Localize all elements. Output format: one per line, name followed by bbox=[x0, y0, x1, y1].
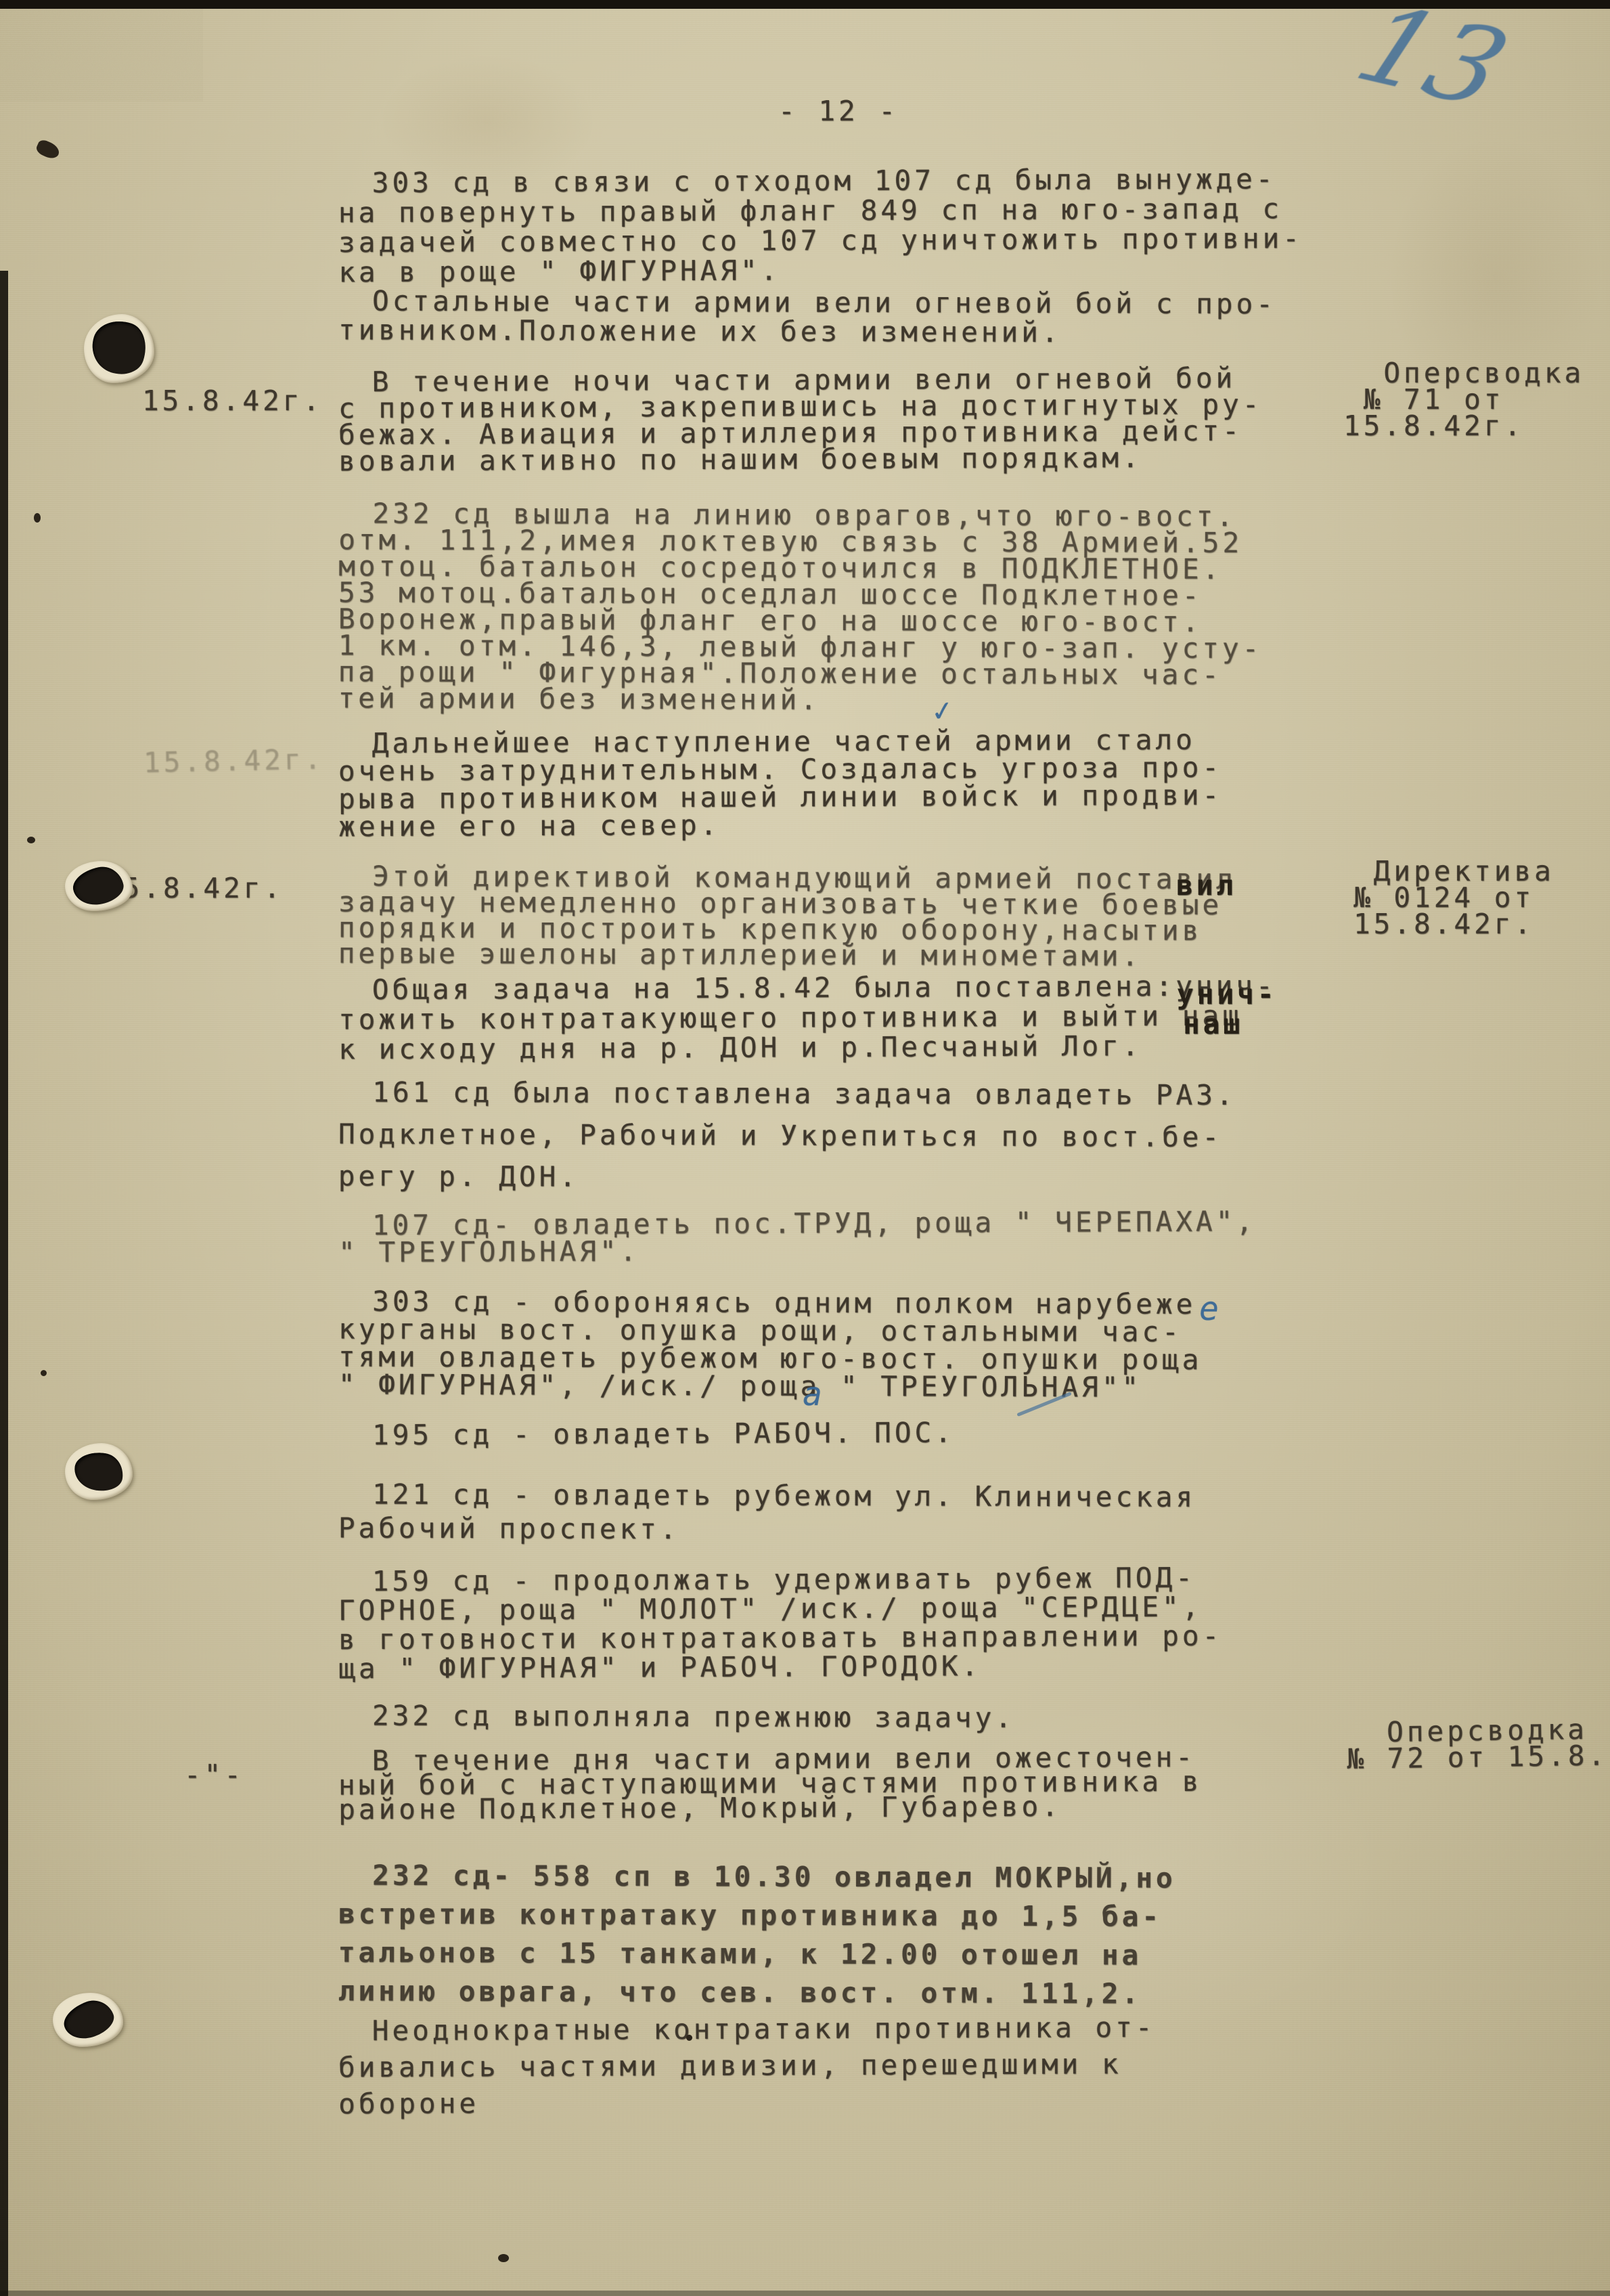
blue-inserted-letter-a: а bbox=[803, 1375, 822, 1413]
margin-reference-opersvodka-72: Оперсводка № 72 от 15.8. bbox=[1346, 1716, 1608, 1772]
paper-speck bbox=[35, 138, 62, 161]
overtyped-letters: вил bbox=[1176, 869, 1236, 902]
scan-edge-left bbox=[0, 271, 8, 2296]
overtyped-letters: наш bbox=[1183, 1008, 1243, 1040]
typed-paragraph: 232 сд вышла на линию оврагов,что юго-во… bbox=[338, 500, 1367, 715]
typed-paragraph: 159 сд - продолжать удерживать рубеж ПОД… bbox=[338, 1563, 1368, 1684]
typed-paragraph: 232 сд- 558 сп в 10.30 овладел МОКРЫЙ,но… bbox=[338, 1856, 1368, 2014]
margin-date-note: 15.8.42г. bbox=[142, 384, 323, 417]
margin-reference-directive-0124: Директива № 0124 от 15.8.42г. bbox=[1354, 858, 1555, 937]
typed-paragraph: Остальные части армии вели огневой бой с… bbox=[338, 286, 1367, 348]
margin-date-note-faint: 15.8.42г. bbox=[143, 743, 325, 779]
typed-paragraph: В течение дня части армии вели ожесточен… bbox=[338, 1744, 1367, 1822]
scan-grain-overlay bbox=[0, 0, 203, 102]
paper-speck bbox=[27, 837, 35, 843]
margin-ditto-mark: -"- bbox=[184, 1759, 244, 1791]
typed-paragraph: 107 сд- овладеть пос.ТРУД, роща " ЧЕРЕПА… bbox=[338, 1208, 1367, 1266]
typed-paragraph: Дальнейшее наступление частей армии стал… bbox=[338, 726, 1368, 841]
typed-page-number: - 12 - bbox=[778, 95, 899, 127]
scan-edge-top bbox=[0, 0, 1610, 9]
typed-paragraph: 161 сд была поставлена задача овладеть Р… bbox=[338, 1071, 1368, 1200]
typed-paragraph: 232 сд выполняла прежнюю задачу. bbox=[338, 1700, 1367, 1734]
typed-paragraph: 121 сд - овладеть рубежом ул. Клиническа… bbox=[338, 1477, 1367, 1548]
paper-speck bbox=[34, 513, 41, 523]
scanned-document-page: - 12 - 13 303 сд в связи с отходом 107 с… bbox=[0, 0, 1610, 2296]
typed-paragraph: Неоднократные контратаки противника от- … bbox=[338, 2008, 1368, 2123]
typed-paragraph: 303 сд в связи с отходом 107 сд была вын… bbox=[338, 164, 1368, 288]
blue-inserted-letter-e: е bbox=[1199, 1290, 1219, 1328]
typed-paragraph: 195 сд - овладеть РАБОЧ. ПОС. bbox=[338, 1416, 1367, 1451]
margin-reference-opersvodka-71: Оперсводка № 71 от 15.8.42г. bbox=[1343, 360, 1584, 439]
overtyped-letters: унич- bbox=[1177, 978, 1277, 1011]
typed-paragraph: В течение ночи части армии вели огневой … bbox=[338, 365, 1368, 475]
scan-edge-bottom bbox=[0, 2291, 1610, 2296]
handwritten-page-number: 13 bbox=[1341, 0, 1525, 131]
paper-speck bbox=[686, 2035, 692, 2041]
paper-speck bbox=[41, 1370, 47, 1376]
paper-speck bbox=[498, 2254, 509, 2262]
